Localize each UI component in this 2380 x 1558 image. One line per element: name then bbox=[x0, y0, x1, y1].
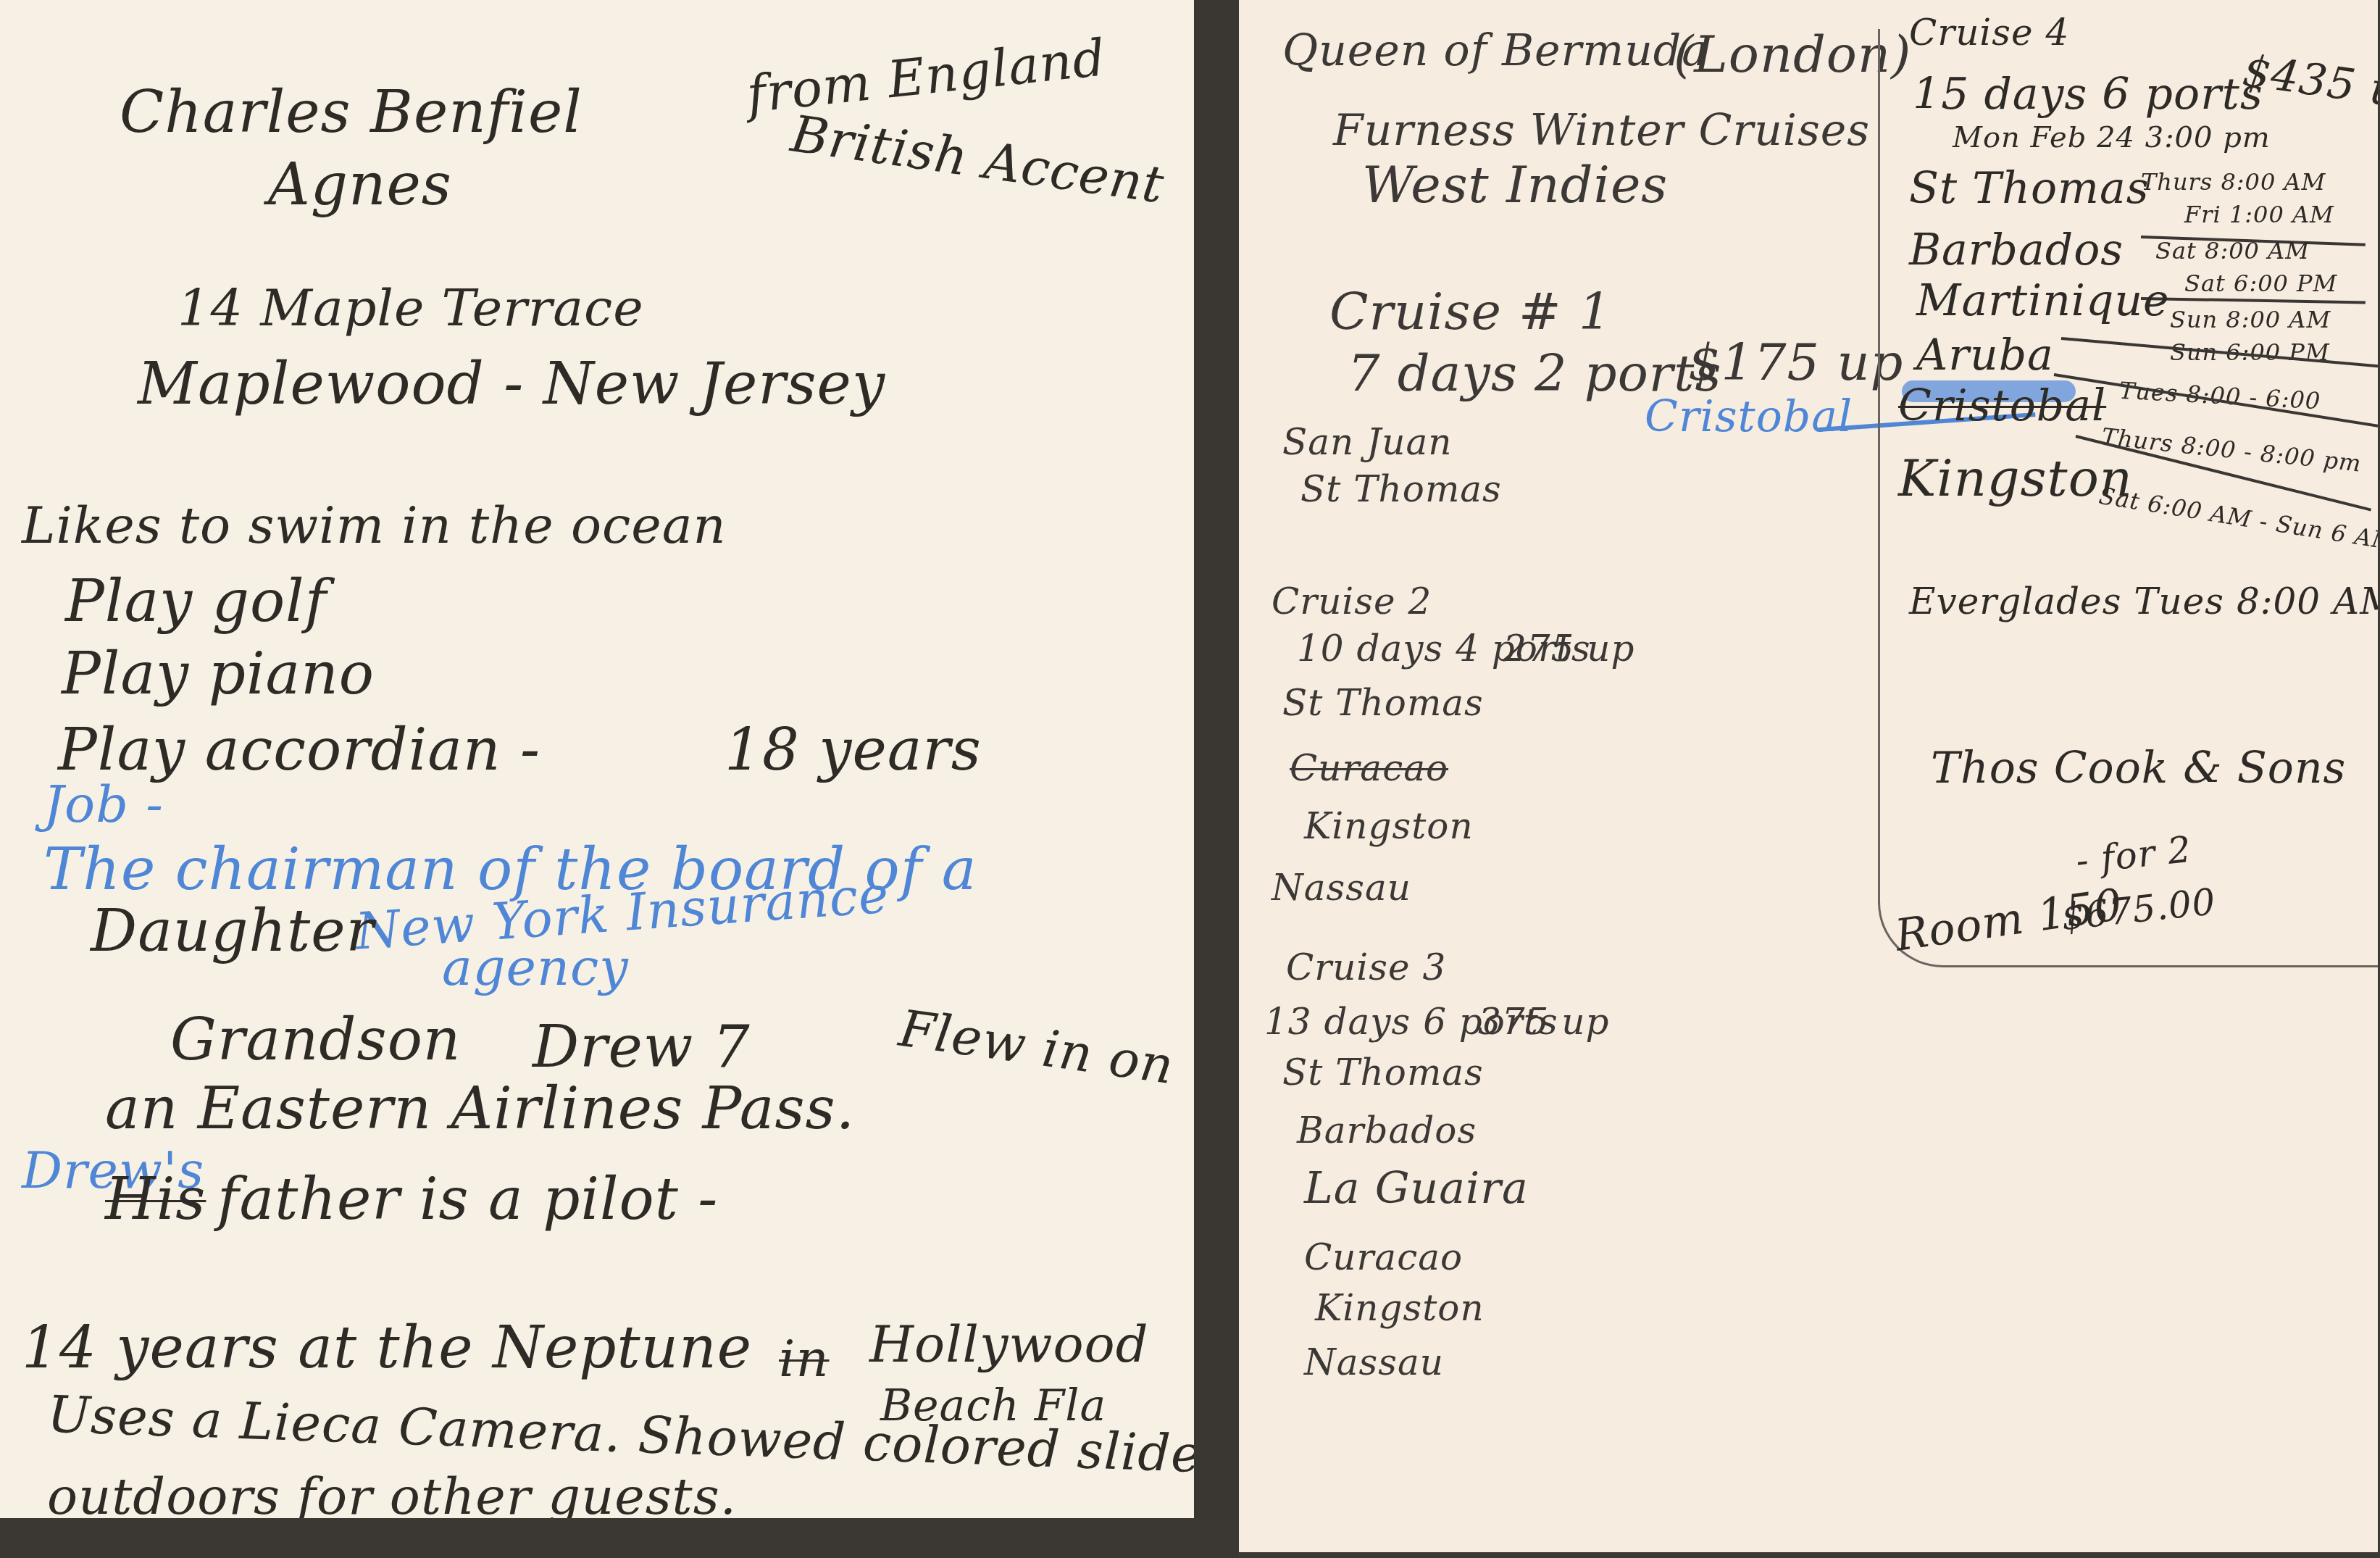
in-struck: in bbox=[779, 1333, 829, 1384]
cruise2-port: Curacao bbox=[1290, 750, 1448, 786]
cruise4-port-time: Sat 6:00 PM bbox=[2184, 272, 2337, 295]
cruise2-port: Kingston bbox=[1304, 808, 1474, 844]
accent-note: British Accent bbox=[788, 108, 1167, 211]
hobby-accordian: Play accordian - bbox=[58, 721, 540, 779]
cruise4-port-name: Aruba bbox=[1916, 333, 2054, 377]
hobby-years: 18 years bbox=[725, 721, 982, 779]
cruise-line: Furness Winter Cruises bbox=[1333, 109, 1870, 152]
cruise-region: West Indies bbox=[1362, 159, 1668, 210]
cruise4-port-time: Thurs 8:00 - 8:00 pm bbox=[2100, 425, 2363, 475]
cruise4-boxed-area: Cruise 4 15 days 6 ports $435 up Mon Feb… bbox=[1878, 29, 2378, 967]
divider-line bbox=[2141, 297, 2366, 304]
guest-name: Charles Benfiel bbox=[120, 83, 583, 141]
spouse-name: Agnes bbox=[268, 156, 452, 214]
cruise4-port-name: St Thomas bbox=[1909, 167, 2150, 210]
grandson-name: Drew 7 bbox=[533, 1018, 751, 1076]
cruise1-port: San Juan bbox=[1282, 424, 1452, 460]
cruise4-title: Cruise 4 bbox=[1909, 14, 2069, 51]
outdoors-line: outdoors for other guests. bbox=[47, 1471, 737, 1518]
cruise3-port: La Guaira bbox=[1304, 1167, 1529, 1210]
years-neptune-line: 14 years at the Neptune bbox=[22, 1319, 752, 1377]
cruise4-port-name: Martinique bbox=[1916, 279, 2170, 322]
cruise3-port: Kingston bbox=[1315, 1290, 1485, 1326]
cruise2-title: Cruise 2 bbox=[1272, 583, 1432, 620]
cruise3-port: Barbados bbox=[1297, 1112, 1477, 1149]
cruise1-port: St Thomas bbox=[1300, 471, 1502, 507]
hobby-golf: Play golf bbox=[65, 572, 327, 630]
cruise3-port: Nassau bbox=[1304, 1344, 1444, 1380]
address-line-2: Maplewood - New Jersey bbox=[138, 355, 885, 413]
left-notebook-page: Charles Benfiel Agnes from England Briti… bbox=[0, 0, 1194, 1518]
travel-agent: Thos Cook & Sons bbox=[1931, 746, 2346, 790]
right-notebook-page: Queen of Bermuda (London) Furness Winter… bbox=[1239, 0, 2378, 1552]
hobby-piano: Play piano bbox=[62, 645, 375, 703]
father-line: father is a pilot - bbox=[217, 1170, 718, 1228]
his-struck: His bbox=[105, 1170, 206, 1228]
ship-origin: (London) bbox=[1674, 29, 1911, 80]
background-edge bbox=[0, 1518, 1239, 1558]
cruise4-port-name: Barbados bbox=[1909, 228, 2124, 272]
cruise2-port: St Thomas bbox=[1282, 685, 1484, 721]
cruise4-port-time: Sat 6:00 AM - Sun 6 AM bbox=[2097, 484, 2378, 554]
ship-name: Queen of Bermuda bbox=[1282, 29, 1708, 72]
cristobal-blue-note: Cristobal bbox=[1645, 395, 1853, 438]
cruise4-port-time: Tues 8:00 - 6:00 bbox=[2118, 379, 2321, 413]
cruise4-return: Everglades Tues 8:00 AM. bbox=[1909, 583, 2378, 620]
cruise4-summary: 15 days 6 ports bbox=[1913, 72, 2263, 116]
address-line-1: 14 Maple Terrace bbox=[178, 283, 644, 333]
likes-line: Likes to swim in the ocean bbox=[22, 500, 726, 551]
cruise3-port: St Thomas bbox=[1282, 1054, 1484, 1091]
cruise1-price: $175 up bbox=[1688, 337, 1903, 388]
grandson-label: Grandson bbox=[170, 1011, 461, 1069]
room-note: - for 2 bbox=[2074, 831, 2193, 879]
job-line-3: agency bbox=[442, 942, 629, 993]
hollywood-note: Hollywood bbox=[869, 1319, 1149, 1370]
cruise3-price: 375 up bbox=[1478, 1004, 1610, 1040]
cruise3-title: Cruise 3 bbox=[1286, 949, 1446, 986]
airline-line: an Eastern Airlines Pass. bbox=[105, 1080, 855, 1138]
cruise3-port: Curacao bbox=[1304, 1239, 1463, 1275]
daughter-label: Daughter bbox=[91, 902, 375, 960]
page-gutter bbox=[1194, 0, 1239, 1558]
job-label: Job - bbox=[43, 779, 164, 830]
flew-note: Flew in on bbox=[896, 1003, 1177, 1091]
cruise4-port-time: Thurs 8:00 AM bbox=[2141, 170, 2326, 193]
cruise4-port-time: Fri 1:00 AM bbox=[2184, 203, 2334, 226]
cruise2-port: Nassau bbox=[1272, 870, 1411, 906]
cruise4-port-time: Sat 8:00 AM bbox=[2155, 239, 2310, 262]
cruise4-port-name-struck: Cristobal bbox=[1898, 384, 2106, 428]
cruise2-price: 275 up bbox=[1503, 630, 1635, 667]
cruise4-port-time: Sun 8:00 AM bbox=[2170, 308, 2331, 331]
cruise1-title: Cruise # 1 bbox=[1329, 286, 1612, 337]
cruise4-port-name: Kingston bbox=[1898, 453, 2133, 504]
cruise4-departure: Mon Feb 24 3:00 pm bbox=[1953, 123, 2271, 152]
